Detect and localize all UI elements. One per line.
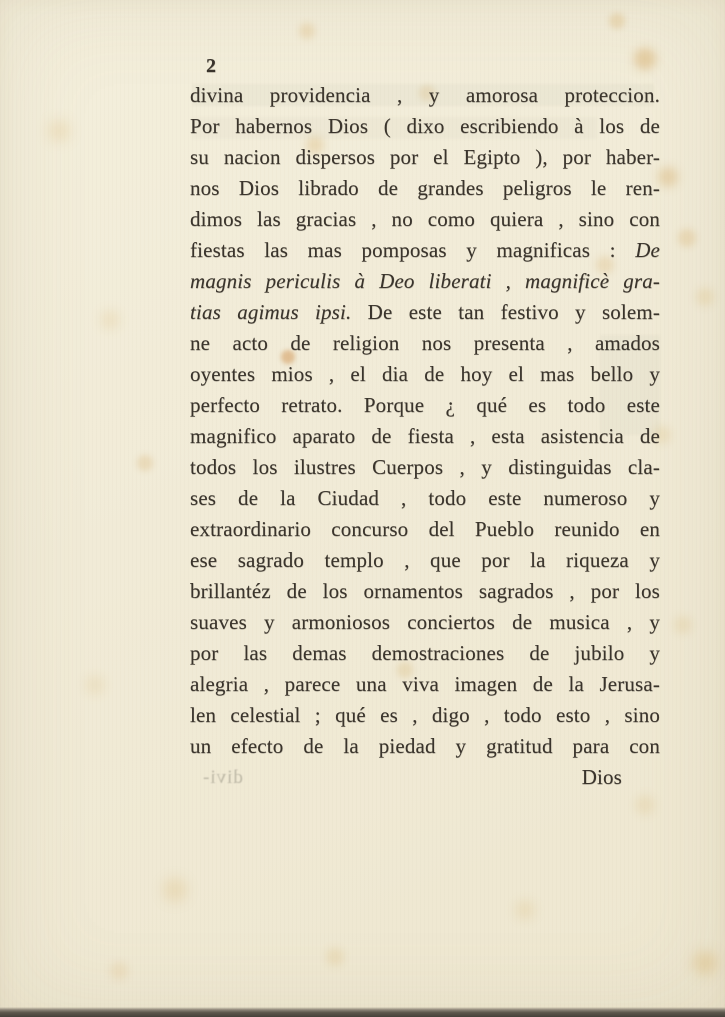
scanned-page: divi- 2 divina providencia , y amorosa p… [0, 0, 725, 1017]
text-line: ese sagrado templo , que por la riqueza … [190, 545, 660, 576]
lines-container: divina providencia , y amorosa proteccio… [190, 80, 660, 762]
text-segment: len celestial ; qué es , digo , todo est… [190, 703, 660, 727]
text-segment: divina providencia , y amorosa proteccio… [190, 83, 660, 107]
text-line: su nacion dispersos por el Egipto ), por… [190, 142, 660, 173]
text-segment: fiestas las mas pomposas y magnificas : [190, 238, 635, 262]
text-block: divina providencia , y amorosa proteccio… [190, 80, 660, 793]
text-line: ne acto de religion nos presenta , amado… [190, 328, 660, 359]
text-segment: nos Dios librado de grandes peligros le … [190, 176, 660, 200]
text-line: alegria , parece una viva imagen de la J… [190, 669, 660, 700]
catchword: Dios [190, 762, 660, 793]
text-segment: suaves y armoniosos conciertos de musica… [190, 610, 660, 634]
text-line: magnis periculis à Deo liberati , magnif… [190, 266, 660, 297]
text-segment: oyentes mios , el dia de hoy el mas bell… [190, 362, 660, 386]
text-line: por las demas demostraciones de jubilo y [190, 638, 660, 669]
text-line: oyentes mios , el dia de hoy el mas bell… [190, 359, 660, 390]
text-segment: ese sagrado templo , que por la riqueza … [190, 548, 660, 572]
text-line: suaves y armoniosos conciertos de musica… [190, 607, 660, 638]
latin-quote-segment: magnis periculis à Deo liberati , magnif… [190, 269, 660, 293]
text-segment: dimos las gracias , no como quiera , sin… [190, 207, 660, 231]
text-line: fiestas las mas pomposas y magnificas : … [190, 235, 660, 266]
text-line: magnifico aparato de fiesta , esta asist… [190, 421, 660, 452]
latin-quote-segment: tias agimus ipsi. [190, 300, 351, 324]
text-line: un efecto de la piedad y gratitud para c… [190, 731, 660, 762]
text-line: divina providencia , y amorosa proteccio… [190, 80, 660, 111]
text-line: brillantéz de los ornamentos sagrados , … [190, 576, 660, 607]
text-segment: un efecto de la piedad y gratitud para c… [190, 734, 660, 758]
text-line: nos Dios librado de grandes peligros le … [190, 173, 660, 204]
text-segment: ses de la Ciudad , todo este numeroso y [190, 486, 660, 510]
text-line: tias agimus ipsi. De este tan festivo y … [190, 297, 660, 328]
text-segment: De este tan festivo y solem- [351, 300, 660, 324]
latin-quote-segment: De [635, 238, 660, 262]
text-segment: su nacion dispersos por el Egipto ), por… [190, 145, 660, 169]
text-line: len celestial ; qué es , digo , todo est… [190, 700, 660, 731]
text-segment: brillantéz de los ornamentos sagrados , … [190, 579, 660, 603]
text-segment: magnifico aparato de fiesta , esta asist… [190, 424, 660, 448]
text-line: ses de la Ciudad , todo este numeroso y [190, 483, 660, 514]
text-segment: perfecto retrato. Porque ¿ qué es todo e… [190, 393, 660, 417]
text-segment: todos los ilustres Cuerpos , y distingui… [190, 455, 660, 479]
text-segment: por las demas demostraciones de jubilo y [190, 641, 660, 665]
text-segment: extraordinario concurso del Pueblo reuni… [190, 517, 660, 541]
text-segment: ne acto de religion nos presenta , amado… [190, 331, 660, 355]
page-bottom-edge [0, 1007, 725, 1017]
text-line: dimos las gracias , no como quiera , sin… [190, 204, 660, 235]
text-line: todos los ilustres Cuerpos , y distingui… [190, 452, 660, 483]
text-segment: alegria , parece una viva imagen de la J… [190, 672, 660, 696]
page-number: 2 [206, 55, 216, 78]
foxing-stains [0, 0, 14, 14]
text-line: extraordinario concurso del Pueblo reuni… [190, 514, 660, 545]
text-line: Por habernos Dios ( dixo escribiendo à l… [190, 111, 660, 142]
text-segment: Por habernos Dios ( dixo escribiendo à l… [190, 114, 660, 138]
text-line: perfecto retrato. Porque ¿ qué es todo e… [190, 390, 660, 421]
